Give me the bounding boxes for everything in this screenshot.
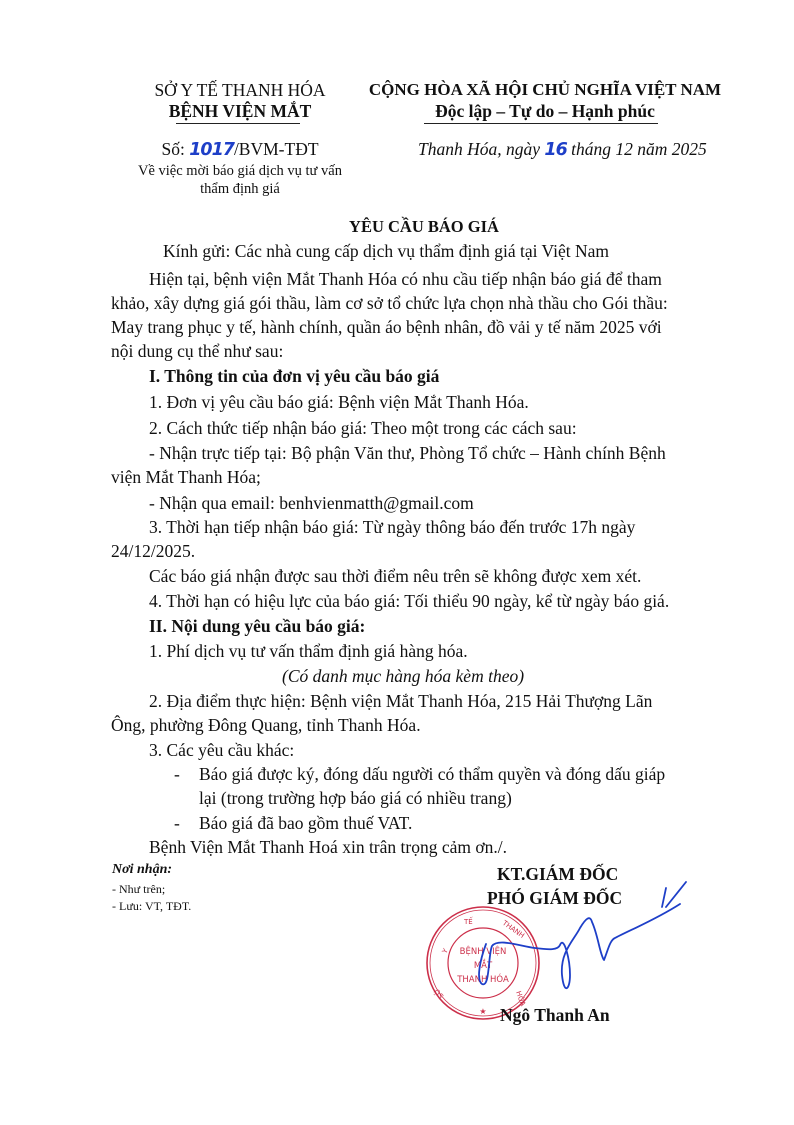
intro-line-2: khảo, xây dựng giá gói thầu, làm cơ sở t… [111, 295, 668, 313]
section-2-item-2-line-2: Ông, phường Đông Quang, tỉnh Thanh Hóa. [111, 717, 421, 735]
section-1-email: - Nhận qua email: benhvienmatth@gmail.co… [149, 495, 474, 513]
section-2-item-3: 3. Các yêu cầu khác: [149, 742, 294, 760]
org-parent: SỞ Y TẾ THANH HÓA [105, 80, 375, 101]
bullet-2-dash: - [174, 815, 180, 833]
doc-number-handwritten: 1017 [189, 140, 234, 160]
document-number: Số: 1017/BVM-TĐT [105, 139, 375, 160]
stamp-star-icon: ★ [479, 1007, 486, 1016]
recipients-item-2: - Lưu: VT, TĐT. [112, 899, 191, 914]
subject-line-1: Về việc mời báo giá dịch vụ tư vấn [105, 163, 375, 180]
subject-line-2: thẩm định giá [105, 181, 375, 198]
intro-line-3: May trang phục y tế, hành chính, quần áo… [111, 319, 662, 337]
nation-title: CỘNG HÒA XÃ HỘI CHỦ NGHĨA VIỆT NAM [355, 80, 735, 100]
section-1-item-3-line-2: 24/12/2025. [111, 543, 195, 561]
doc-number-prefix: Số: [161, 139, 189, 159]
section-1-direct-line-2: viện Mắt Thanh Hóa; [111, 469, 261, 487]
section-1-item-3-line-1: 3. Thời hạn tiếp nhận báo giá: Từ ngày t… [149, 519, 635, 537]
section-1-item-4: 4. Thời hạn có hiệu lực của báo giá: Tối… [149, 593, 669, 611]
recipients-item-1: - Như trên; [112, 882, 165, 897]
date-line: Thanh Hóa, ngày 16 tháng 12 năm 2025 [418, 139, 707, 160]
motto: Độc lập – Tự do – Hạnh phúc [355, 101, 735, 122]
org-name: BỆNH VIỆN MẮT [105, 101, 375, 122]
date-day-handwritten: 16 [544, 140, 566, 160]
doc-number-suffix: /BVM-TĐT [234, 139, 319, 159]
section-1-heading: I. Thông tin của đơn vị yêu cầu báo giá [149, 368, 439, 386]
motto-underline [424, 123, 658, 124]
intro-line-1: Hiện tại, bệnh viện Mắt Thanh Hóa có nhu… [149, 271, 662, 289]
section-1-item-1: 1. Đơn vị yêu cầu báo giá: Bệnh viện Mắt… [149, 394, 529, 412]
date-suffix: tháng 12 năm 2025 [567, 139, 707, 159]
recipient-line: Kính gửi: Các nhà cung cấp dịch vụ thẩm … [163, 243, 609, 261]
intro-line-4: nội dung cụ thể như sau: [111, 343, 283, 361]
document-title: YÊU CẦU BÁO GIÁ [100, 217, 748, 237]
bullet-1-dash: - [174, 766, 180, 784]
handwritten-signature [440, 880, 700, 1000]
section-2-item-1-note: (Có danh mục hàng hóa kèm theo) [282, 668, 524, 686]
signer-name: Ngô Thanh An [500, 1005, 610, 1026]
bullet-2-line-1: Báo giá đã bao gồm thuế VAT. [199, 815, 412, 833]
date-prefix: Thanh Hóa, ngày [418, 139, 544, 159]
bullet-1-line-2: lại (trong trường hợp báo giá có nhiều t… [199, 790, 512, 808]
section-1-direct-line-1: - Nhận trực tiếp tại: Bộ phận Văn thư, P… [149, 445, 666, 463]
section-2-heading: II. Nội dung yêu cầu báo giá: [149, 618, 365, 636]
recipients-label: Nơi nhận: [112, 862, 172, 878]
section-1-item-3-note: Các báo giá nhận được sau thời điểm nêu … [149, 568, 641, 586]
section-1-item-2: 2. Cách thức tiếp nhận báo giá: Theo một… [149, 420, 577, 438]
closing-line: Bệnh Viện Mắt Thanh Hoá xin trân trọng c… [149, 839, 507, 857]
bullet-1-line-1: Báo giá được ký, đóng dấu người có thẩm … [199, 766, 665, 784]
org-name-underline [176, 123, 300, 124]
section-2-item-2-line-1: 2. Địa điểm thực hiện: Bệnh viện Mắt Tha… [149, 693, 652, 711]
section-2-item-1: 1. Phí dịch vụ tư vấn thẩm định giá hàng… [149, 643, 468, 661]
